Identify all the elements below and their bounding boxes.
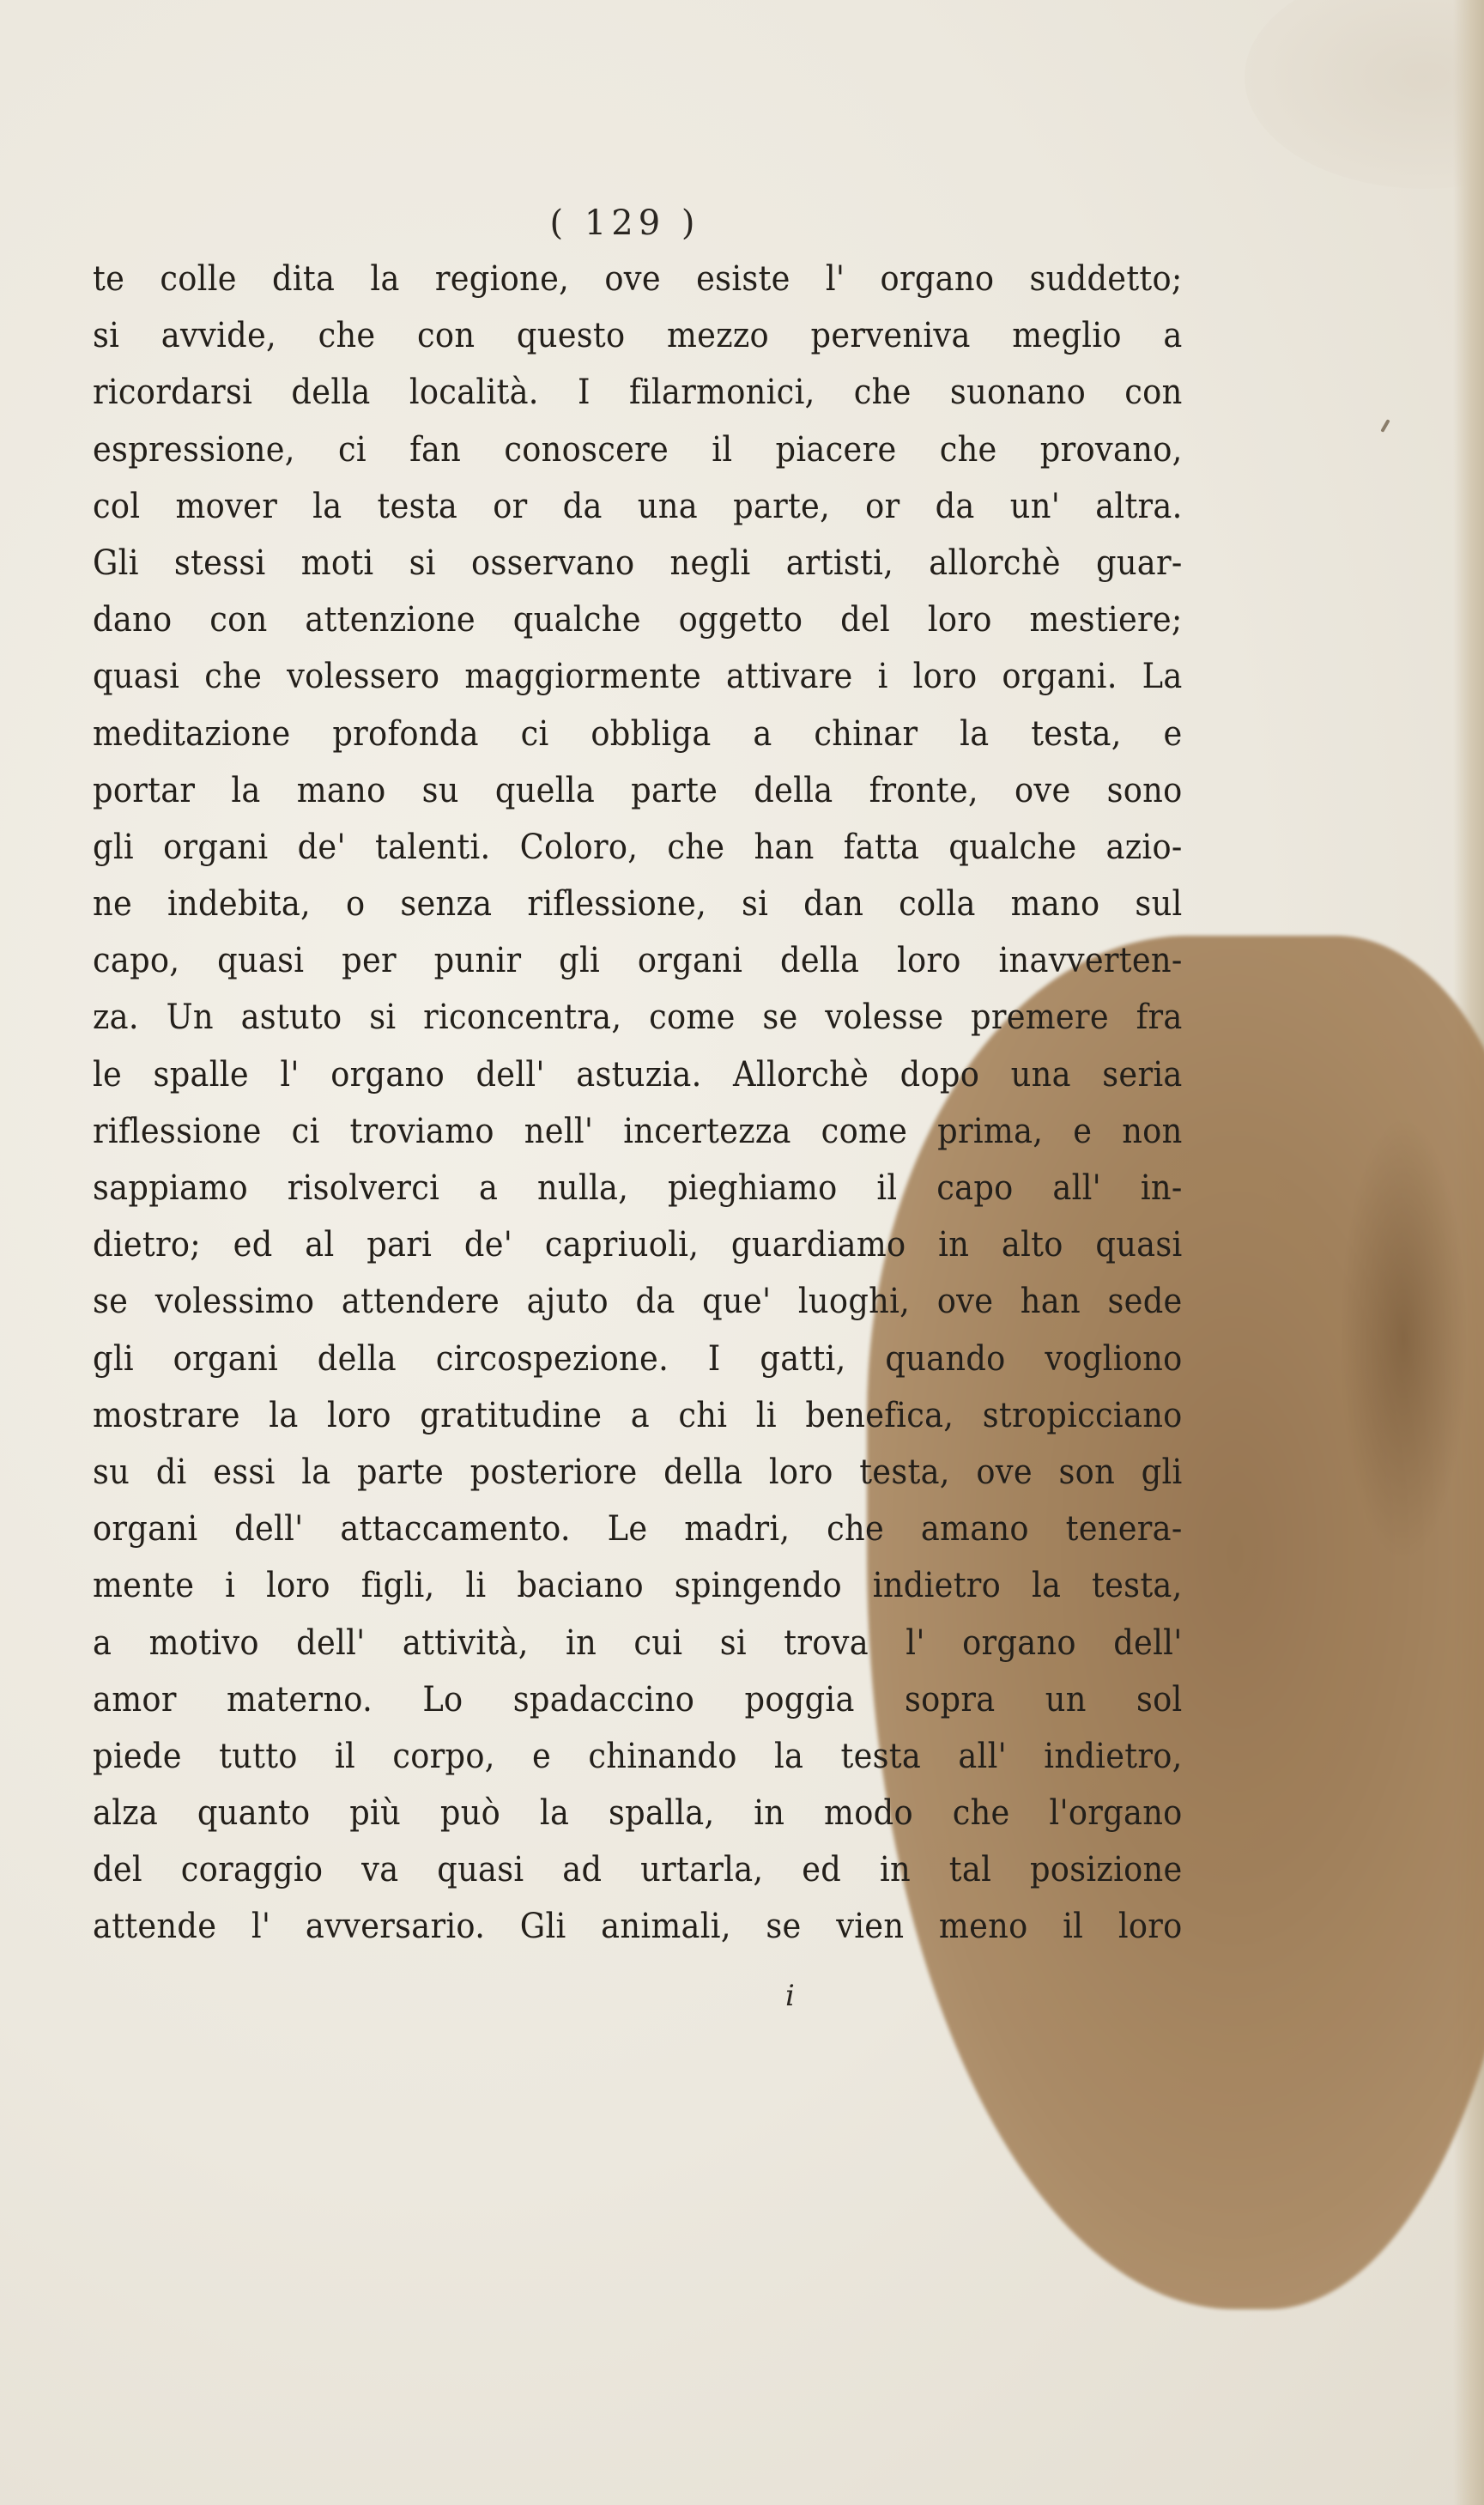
page-curl-shadow <box>1245 0 1484 189</box>
book-page: ( 129 ) te colle dita la regione, ove es… <box>0 0 1484 2505</box>
text-line: mente i loro figli, li baciano spingendo… <box>93 1557 1183 1614</box>
text-line: le spalle l' organo dell' astuzia. Allor… <box>93 1046 1183 1103</box>
text-line: piede tutto il corpo, e chinando la test… <box>93 1728 1183 1785</box>
text-line: amor materno. Lo spadaccino poggia sopra… <box>93 1671 1183 1728</box>
text-line: ne indebita, o senza riflessione, si dan… <box>93 876 1183 932</box>
text-line: portar la mano su quella parte della fro… <box>93 762 1183 819</box>
text-line: sappiamo risolverci a nulla, pieghiamo i… <box>93 1160 1183 1216</box>
page-text-block: ( 129 ) te colle dita la regione, ove es… <box>93 196 1183 1956</box>
text-line: riflessione ci troviamo nell' incertezza… <box>93 1103 1183 1160</box>
text-line: alza quanto più può la spalla, in modo c… <box>93 1785 1183 1841</box>
text-line: col mover la testa or da una parte, or d… <box>93 478 1183 535</box>
text-line: dano con attenzione qualche oggetto del … <box>93 591 1183 648</box>
text-line: mostrare la loro gratitudine a chi li be… <box>93 1387 1183 1444</box>
water-stain-dark-spot <box>1339 1116 1468 1562</box>
text-line: del coraggio va quasi ad urtarla, ed in … <box>93 1841 1183 1898</box>
text-line: organi dell' attaccamento. Le madri, che… <box>93 1501 1183 1557</box>
text-line: espressione, ci fan conoscere il piacere… <box>93 422 1183 478</box>
paper-speck <box>1380 419 1390 433</box>
text-line: quasi che volessero maggiormente attivar… <box>93 648 1183 705</box>
text-line: meditazione profonda ci obbliga a chinar… <box>93 706 1183 762</box>
text-line: se volessimo attendere ajuto da que' luo… <box>93 1273 1183 1330</box>
text-line: a motivo dell' attività, in cui si trova… <box>93 1615 1183 1671</box>
text-line: za. Un astuto si riconcentra, come se vo… <box>93 989 1183 1046</box>
text-line: su di essi la parte posteriore della lor… <box>93 1444 1183 1501</box>
text-line: gli organi della circospezione. I gatti,… <box>93 1331 1183 1387</box>
text-line: si avvide, che con questo mezzo perveniv… <box>93 307 1183 364</box>
text-line: ricordarsi della località. I filarmonici… <box>93 364 1183 421</box>
text-line: gli organi de' talenti. Coloro, che han … <box>93 819 1183 876</box>
text-line: Gli stessi moti si osservano negli artis… <box>93 535 1183 591</box>
text-line: dietro; ed al pari de' capriuoli, guardi… <box>93 1216 1183 1273</box>
text-line: capo, quasi per punir gli organi della l… <box>93 932 1183 989</box>
text-line: attende l' avversario. Gli animali, se v… <box>93 1898 1183 1955</box>
signature-mark: i <box>785 1979 795 2013</box>
text-line: te colle dita la regione, ove esiste l' … <box>93 251 1183 307</box>
page-number: ( 129 ) <box>67 196 1183 251</box>
